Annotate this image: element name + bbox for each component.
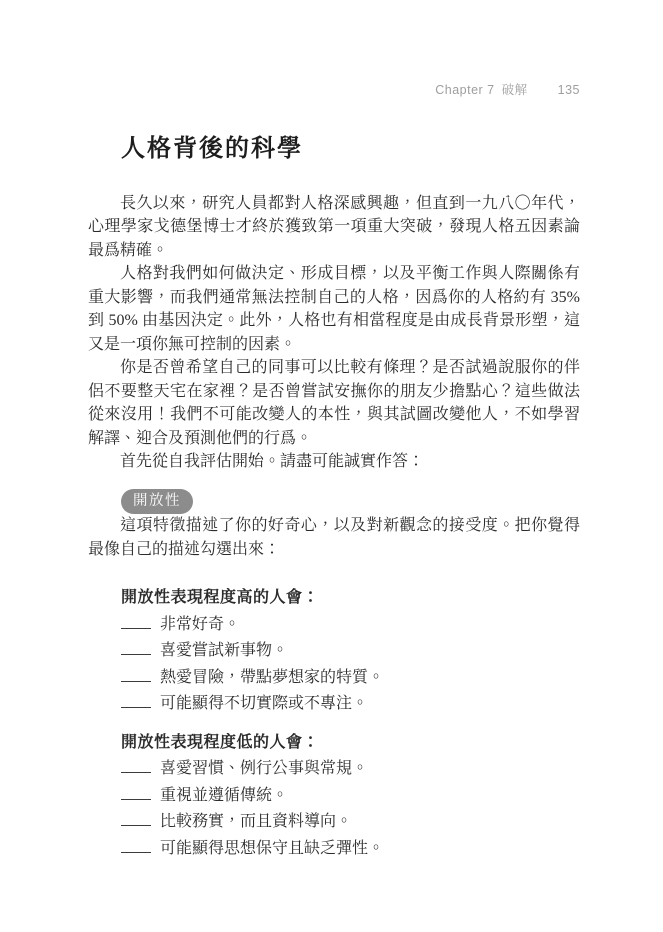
trait-badge-row: 開放性 (121, 489, 580, 515)
checklist-item: 非常好奇。 (121, 612, 580, 639)
checklist-item: 可能顯得思想保守且缺乏彈性。 (121, 836, 580, 863)
checklist-openness-low: 開放性表現程度低的人會： 喜愛習慣、例行公事與常規。 重視並遵循傳統。 比較務實… (121, 730, 580, 863)
answer-blank-line (121, 694, 151, 708)
paragraph-change-others: 你是否曾希望自己的同事可以比較有條理？是否試過說服你的伴侶不要整天宅在家裡？是否… (88, 356, 580, 450)
checklist-item: 重視並遵循傳統。 (121, 783, 580, 810)
checklist-item: 喜愛習慣、例行公事與常規。 (121, 756, 580, 783)
checklist-item-label: 喜愛習慣、例行公事與常規。 (160, 760, 368, 777)
checklist-item: 可能顯得不切實際或不專注。 (121, 691, 580, 718)
checklist-item-label: 重視並遵循傳統。 (160, 787, 288, 804)
chapter-label: Chapter 7 (435, 83, 494, 97)
book-page: Chapter 7 破解 135 人格背後的科學 長久以來，研究人員都對人格深感… (0, 0, 663, 932)
answer-blank-line (121, 641, 151, 655)
answer-blank-line (121, 812, 151, 826)
checklist-item-label: 比較務實，而且資料導向。 (160, 813, 352, 830)
page-title: 人格背後的科學 (121, 135, 580, 163)
answer-blank-line (121, 615, 151, 629)
checklist-item-label: 可能顯得思想保守且缺乏彈性。 (160, 840, 384, 857)
trait-description: 這項特徵描述了你的好奇心，以及對新觀念的接受度。把你覺得最像自己的描述勾選出來： (88, 514, 580, 561)
answer-blank-line (121, 759, 151, 773)
checklist-heading: 開放性表現程度低的人會： (121, 730, 580, 757)
checklist-item: 比較務實，而且資料導向。 (121, 809, 580, 836)
checklist-openness-high: 開放性表現程度高的人會： 非常好奇。 喜愛嘗試新事物。 熱愛冒險，帶點夢想家的特… (121, 585, 580, 718)
answer-blank-line (121, 786, 151, 800)
checklist-item-label: 喜愛嘗試新事物。 (160, 642, 288, 659)
checklist-heading: 開放性表現程度高的人會： (121, 585, 580, 612)
page-number: 135 (558, 83, 580, 97)
paragraph-self-assessment: 首先從自我評估開始。請盡可能誠實作答： (88, 450, 580, 474)
paragraph-personality-impact: 人格對我們如何做決定、形成目標，以及平衡工作與人際關係有重大影響，而我們通常無法… (88, 262, 580, 356)
checklist-item: 熱愛冒險，帶點夢想家的特質。 (121, 665, 580, 692)
trait-badge: 開放性 (121, 489, 193, 515)
chapter-section-title: 破解 (502, 80, 528, 98)
checklist-item-label: 非常好奇。 (160, 616, 240, 633)
running-head: Chapter 7 破解 135 (88, 80, 580, 98)
checklist-item-label: 可能顯得不切實際或不專注。 (160, 695, 368, 712)
checklist-item: 喜愛嘗試新事物。 (121, 638, 580, 665)
checklist-item-label: 熱愛冒險，帶點夢想家的特質。 (160, 669, 384, 686)
answer-blank-line (121, 668, 151, 682)
paragraph-intro: 長久以來，研究人員都對人格深感興趣，但直到一九八〇年代，心理學家戈德堡博士才終於… (88, 192, 580, 263)
answer-blank-line (121, 839, 151, 853)
body-text: 長久以來，研究人員都對人格深感興趣，但直到一九八〇年代，心理學家戈德堡博士才終於… (88, 192, 580, 863)
page-content: Chapter 7 破解 135 人格背後的科學 長久以來，研究人員都對人格深感… (88, 0, 580, 862)
